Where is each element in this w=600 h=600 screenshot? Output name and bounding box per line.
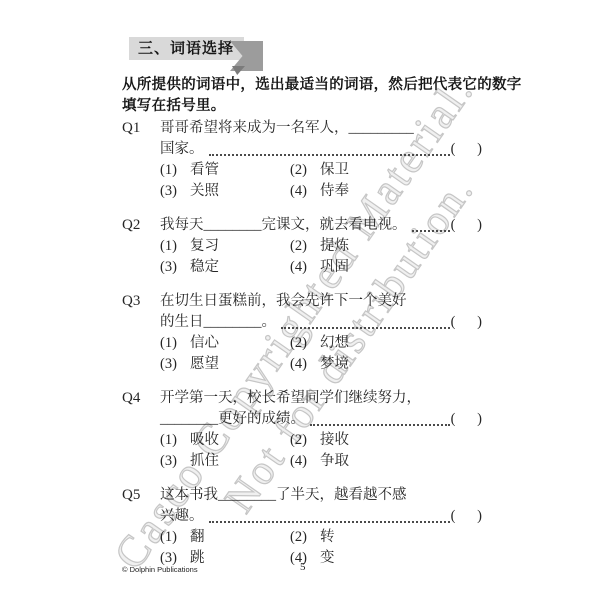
option-number: (3) (160, 257, 190, 278)
answer-bracket: ( ) (451, 312, 482, 333)
question-text-line-2: 我每天________完课文，就去看电视。 (160, 215, 407, 236)
question-list: Q1 哥哥希望将来成为一名军人，_________ 国家。 ( ) (1)看管 … (122, 118, 482, 569)
answer-bracket: ( ) (451, 409, 482, 430)
dotted-leader (281, 327, 450, 329)
option-label: 侍奉 (320, 183, 349, 199)
option-number: (4) (290, 257, 320, 278)
question-answer-line: ________更好的成绩。 ( ) (160, 409, 482, 430)
option-label: 关照 (190, 183, 219, 199)
option-label: 翻 (190, 529, 205, 545)
option-number: (1) (160, 160, 190, 181)
option-item-3: (3)抓住 (160, 451, 290, 472)
option-label: 跳 (190, 550, 205, 566)
question-text-line-2: ________更好的成绩。 (160, 409, 305, 430)
page-content: 三、词语选择 从所提供的词语中，选出最适当的词语，然后把代表它的数字 填写在括号… (122, 33, 482, 582)
section-title: 三、词语选择 (129, 37, 244, 60)
question-block: Q2 我每天________完课文，就去看电视。 ( ) (1)复习 (2)提炼… (122, 215, 482, 278)
option-item-1: (1)复习 (160, 236, 290, 257)
option-number: (4) (290, 451, 320, 472)
option-label: 愿望 (190, 356, 219, 372)
instructions-line-1: 从所提供的词语中，选出最适当的词语，然后把代表它的数字 (122, 75, 482, 96)
dotted-leader (209, 521, 450, 523)
option-item-4: (4)梦境 (290, 354, 482, 375)
worksheet-page: Casco Copyrighted Material. Not for dist… (0, 0, 600, 600)
question-answer-line: 我每天________完课文，就去看电视。 ( ) (160, 215, 482, 236)
question-number: Q5 (122, 485, 160, 569)
option-item-4: (4)变 (290, 548, 482, 569)
option-label: 接收 (320, 432, 349, 448)
question-number: Q3 (122, 291, 160, 375)
answer-bracket: ( ) (451, 506, 482, 527)
option-item-2: (2)幻想 (290, 333, 482, 354)
option-number: (1) (160, 527, 190, 548)
options-grid: (1)信心 (2)幻想 (3)愿望 (4)梦境 (160, 333, 482, 375)
question-block: Q1 哥哥希望将来成为一名军人，_________ 国家。 ( ) (1)看管 … (122, 118, 482, 202)
option-number: (4) (290, 354, 320, 375)
question-text-line-2: 的生日________。 (160, 312, 276, 333)
option-number: (2) (290, 236, 320, 257)
option-number: (1) (160, 430, 190, 451)
option-label: 保卫 (320, 162, 349, 178)
option-item-1: (1)看管 (160, 160, 290, 181)
option-label: 变 (320, 550, 335, 566)
option-item-3: (3)愿望 (160, 354, 290, 375)
option-label: 复习 (190, 238, 219, 254)
option-label: 看管 (190, 162, 219, 178)
instructions-line-2: 填写在括号里。 (122, 96, 482, 117)
options-grid: (1)吸收 (2)接收 (3)抓住 (4)争取 (160, 430, 482, 472)
page-number: 5 (300, 561, 306, 573)
question-text-line-2: 兴趣。 (160, 506, 204, 527)
question-body: 开学第一天，校长希望同学们继续努力， ________更好的成绩。 ( ) (1… (160, 388, 482, 472)
question-number: Q1 (122, 118, 160, 202)
question-text-line-1: 这本书我________了半天，越看越不感 (160, 485, 482, 506)
option-item-1: (1)翻 (160, 527, 290, 548)
dotted-leader (310, 424, 450, 426)
option-label: 信心 (190, 335, 219, 351)
question-text-line-1: 在切生日蛋糕前，我会先许下一个美好 (160, 291, 482, 312)
option-label: 抓住 (190, 453, 219, 469)
question-text-line-1: 开学第一天，校长希望同学们继续努力， (160, 388, 482, 409)
option-label: 提炼 (320, 238, 349, 254)
question-number: Q2 (122, 215, 160, 278)
question-text-line-2: 国家。 (160, 139, 204, 160)
option-number: (3) (160, 451, 190, 472)
option-item-2: (2)转 (290, 527, 482, 548)
option-label: 争取 (320, 453, 349, 469)
option-number: (1) (160, 333, 190, 354)
option-label: 稳定 (190, 259, 219, 275)
option-number: (2) (290, 430, 320, 451)
option-number: (2) (290, 527, 320, 548)
dotted-leader (209, 154, 450, 156)
option-item-4: (4)侍奉 (290, 181, 482, 202)
option-label: 转 (320, 529, 335, 545)
options-grid: (1)翻 (2)转 (3)跳 (4)变 (160, 527, 482, 569)
option-number: (4) (290, 181, 320, 202)
option-label: 幻想 (320, 335, 349, 351)
question-body: 我每天________完课文，就去看电视。 ( ) (1)复习 (2)提炼 (3… (160, 215, 482, 278)
question-number: Q4 (122, 388, 160, 472)
option-label: 巩固 (320, 259, 349, 275)
option-item-3: (3)关照 (160, 181, 290, 202)
option-item-2: (2)提炼 (290, 236, 482, 257)
option-label: 吸收 (190, 432, 219, 448)
question-body: 在切生日蛋糕前，我会先许下一个美好 的生日________。 ( ) (1)信心… (160, 291, 482, 375)
question-text-line-1: 哥哥希望将来成为一名军人，_________ (160, 118, 482, 139)
question-answer-line: 兴趣。 ( ) (160, 506, 482, 527)
option-number: (3) (160, 181, 190, 202)
option-number: (2) (290, 160, 320, 181)
option-item-1: (1)信心 (160, 333, 290, 354)
option-item-1: (1)吸收 (160, 430, 290, 451)
option-item-4: (4)争取 (290, 451, 482, 472)
option-label: 梦境 (320, 356, 349, 372)
question-body: 这本书我________了半天，越看越不感 兴趣。 ( ) (1)翻 (2)转 … (160, 485, 482, 569)
option-item-2: (2)接收 (290, 430, 482, 451)
instructions: 从所提供的词语中，选出最适当的词语，然后把代表它的数字 填写在括号里。 (122, 75, 482, 117)
option-item-4: (4)巩固 (290, 257, 482, 278)
options-grid: (1)复习 (2)提炼 (3)稳定 (4)巩固 (160, 236, 482, 278)
dotted-leader (412, 230, 450, 232)
option-item-3: (3)稳定 (160, 257, 290, 278)
question-block: Q5 这本书我________了半天，越看越不感 兴趣。 ( ) (1)翻 (2… (122, 485, 482, 569)
option-number: (1) (160, 236, 190, 257)
question-answer-line: 国家。 ( ) (160, 139, 482, 160)
footer-publisher: © Dolphin Publications (122, 565, 198, 574)
answer-bracket: ( ) (451, 215, 482, 236)
question-block: Q3 在切生日蛋糕前，我会先许下一个美好 的生日________。 ( ) (1… (122, 291, 482, 375)
question-body: 哥哥希望将来成为一名军人，_________ 国家。 ( ) (1)看管 (2)… (160, 118, 482, 202)
answer-bracket: ( ) (451, 139, 482, 160)
option-item-2: (2)保卫 (290, 160, 482, 181)
question-block: Q4 开学第一天，校长希望同学们继续努力， ________更好的成绩。 ( )… (122, 388, 482, 472)
section-header: 三、词语选择 (122, 33, 482, 60)
option-number: (2) (290, 333, 320, 354)
options-grid: (1)看管 (2)保卫 (3)关照 (4)侍奉 (160, 160, 482, 202)
question-answer-line: 的生日________。 ( ) (160, 312, 482, 333)
option-number: (3) (160, 354, 190, 375)
